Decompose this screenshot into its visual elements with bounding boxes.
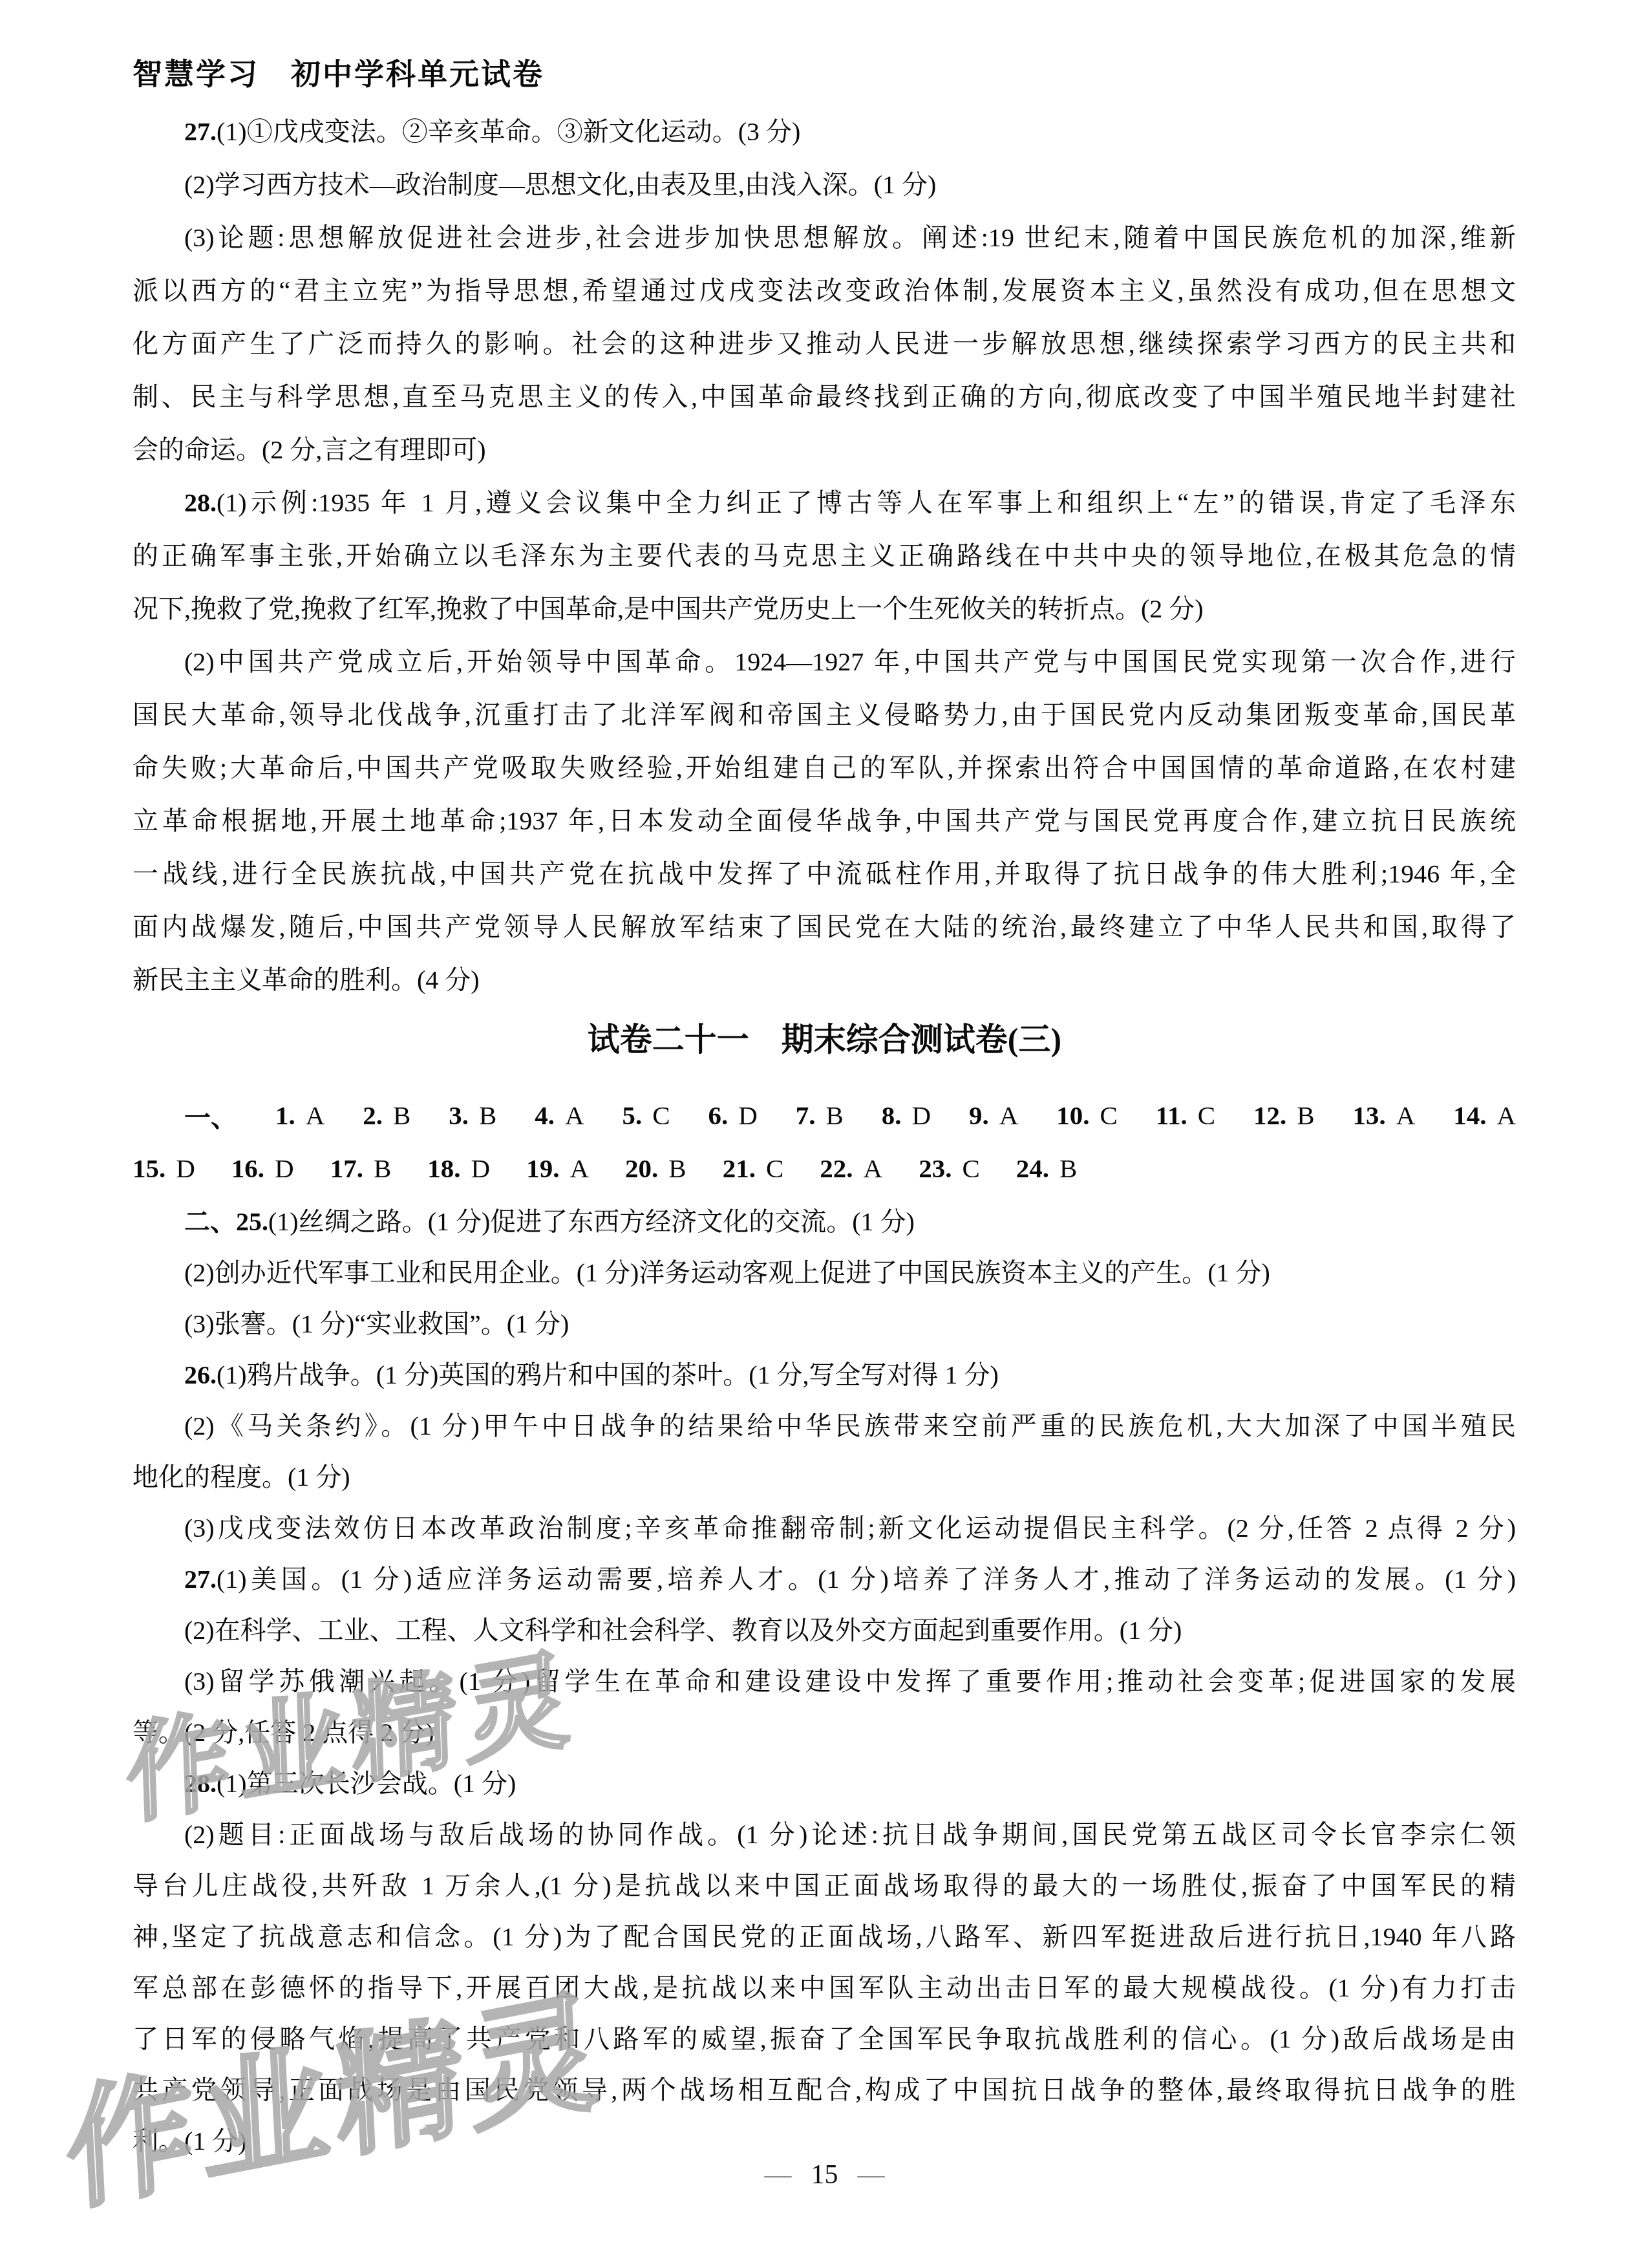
choice-number: 7. bbox=[796, 1100, 816, 1130]
answer-text: 化方面产生了广泛而持久的影响。社会的这种进步又推动人民进一步解放思想,继续探索学… bbox=[133, 329, 1516, 358]
choice-letter: A bbox=[1496, 1100, 1516, 1130]
choice-number: 16. bbox=[231, 1153, 264, 1183]
choice-number: 5. bbox=[622, 1100, 642, 1130]
choice-letter: B bbox=[1059, 1153, 1077, 1183]
choice-answer: 18.D bbox=[427, 1153, 490, 1184]
answer-text: (2)在科学、工业、工程、人文科学和社会科学、教育以及外交方面起到重要作用。(1… bbox=[184, 1616, 1182, 1645]
choice-letter: D bbox=[911, 1100, 931, 1130]
answer-text: 况下,挽救了党,挽救了红军,挽救了中国革命,是中国共产党历史上一个生死攸关的转折… bbox=[133, 594, 1204, 623]
choice-letter: C bbox=[1100, 1100, 1117, 1130]
answer-line: (2)学习西方技术—政治制度—思想文化,由表及里,由浅入深。(1 分) bbox=[133, 158, 1516, 211]
choice-letter: B bbox=[479, 1100, 496, 1130]
answer-line: 一战线,进行全民族抗战,中国共产党在抗战中发挥了中流砥柱作用,并取得了抗日战争的… bbox=[133, 848, 1516, 901]
answer-line: (3)留学苏俄潮兴起。(1 分)留学生在革命和建设建设中发挥了重要作用;推动社会… bbox=[133, 1656, 1516, 1707]
choice-answer: 7.B bbox=[796, 1100, 844, 1131]
answer-line: 况下,挽救了党,挽救了红军,挽救了中国革命,是中国共产党历史上一个生死攸关的转折… bbox=[133, 583, 1516, 636]
answer-text: (1)①戊戌变法。②辛亥革命。③新文化运动。(3 分) bbox=[217, 117, 800, 146]
choice-number: 8. bbox=[882, 1100, 902, 1130]
answer-text: (3)留学苏俄潮兴起。(1 分)留学生在革命和建设建设中发挥了重要作用;推动社会… bbox=[184, 1667, 1516, 1696]
question-number: 27. bbox=[184, 1565, 217, 1594]
choice-number: 24. bbox=[1016, 1153, 1049, 1183]
previous-test-answers: 27.(1)①戊戌变法。②辛亥革命。③新文化运动。(3 分)(2)学习西方技术—… bbox=[133, 105, 1516, 1007]
choice-number: 23. bbox=[919, 1153, 952, 1183]
choice-letter: D bbox=[738, 1100, 758, 1130]
choice-answer: 9.A bbox=[969, 1100, 1018, 1131]
answer-text: (3)论题:思想解放促进社会进步,社会进步加快思想解放。阐述:19 世纪末,随着… bbox=[184, 223, 1516, 252]
choice-number: 22. bbox=[820, 1153, 853, 1183]
answer-text: 了日军的侵略气焰,提高了共产党和八路军的威望,振奋了全国军民争取抗战胜利的信心。… bbox=[133, 2024, 1516, 2053]
answer-line: (3)戊戌变法效仿日本改革政治制度;辛亥革命推翻帝制;新文化运动提倡民主科学。(… bbox=[133, 1503, 1516, 1554]
answer-text: 地化的程度。(1 分) bbox=[133, 1462, 350, 1492]
choice-answer: 15.D bbox=[133, 1153, 195, 1184]
answer-line: 制、民主与科学思想,直至马克思主义的传入,中国革命最终找到正确的方向,彻底改变了… bbox=[133, 370, 1516, 423]
answer-text: 的正确军事主张,开始确立以毛泽东为主要代表的马克思主义正确路线在中共中央的领导地… bbox=[133, 541, 1516, 570]
choice-answer: 1.A bbox=[275, 1100, 324, 1131]
choice-answer: 5.C bbox=[622, 1100, 670, 1131]
answer-line: 面内战爆发,随后,中国共产党领导人民解放军结束了国民党在大陆的统治,最终建立了中… bbox=[133, 901, 1516, 954]
answer-text: (1)丝绸之路。(1 分)促进了东西方经济文化的交流。(1 分) bbox=[268, 1207, 915, 1236]
choice-number: 20. bbox=[625, 1153, 658, 1183]
answer-line: 地化的程度。(1 分) bbox=[133, 1451, 1516, 1503]
choice-answers-row-2: 15.D16.D17.B18.D19.A20.B21.C22.A23.C24.B bbox=[133, 1142, 1516, 1195]
answer-line: 神,坚定了抗战意志和信念。(1 分)为了配合国民党的正面战场,八路军、新四军挺进… bbox=[133, 1911, 1516, 1962]
answer-text: 新民主主义革命的胜利。(4 分) bbox=[133, 965, 480, 994]
choice-number: 3. bbox=[449, 1100, 469, 1130]
answer-line: 导台儿庄战役,共歼敌 1 万余人,(1 分)是抗战以来中国正面战场取得的最大的一… bbox=[133, 1860, 1516, 1911]
answer-line: 27.(1)①戊戌变法。②辛亥革命。③新文化运动。(3 分) bbox=[133, 105, 1516, 158]
answer-line: 26.(1)鸦片战争。(1 分)英国的鸦片和中国的茶叶。(1 分,写全写对得 1… bbox=[133, 1349, 1516, 1400]
choice-letter: B bbox=[393, 1100, 410, 1130]
choice-number: 17. bbox=[330, 1153, 363, 1183]
answer-text: 派以西方的“君主立宪”为指导思想,希望通过戊戌变法改变政治体制,发展资本主义,虽… bbox=[133, 276, 1516, 305]
choice-number: 13. bbox=[1352, 1100, 1385, 1130]
choice-letter: B bbox=[1297, 1100, 1314, 1130]
answer-line: 28.(1)第三次长沙会战。(1 分) bbox=[133, 1758, 1516, 1809]
choice-number: 9. bbox=[969, 1100, 989, 1130]
answer-line: 立革命根据地,开展土地革命;1937 年,日本发动全面侵华战争,中国共产党与国民… bbox=[133, 795, 1516, 848]
answer-text: 面内战爆发,随后,中国共产党领导人民解放军结束了国民党在大陆的统治,最终建立了中… bbox=[133, 912, 1516, 941]
answer-text: 国民大革命,领导北伐战争,沉重打击了北洋军阀和帝国主义侵略势力,由于国民党内反动… bbox=[133, 700, 1516, 729]
answer-line: 命失败;大革命后,中国共产党吸取失败经验,开始组建自己的军队,并探索出符合中国国… bbox=[133, 742, 1516, 795]
answer-line: 的正确军事主张,开始确立以毛泽东为主要代表的马克思主义正确路线在中共中央的领导地… bbox=[133, 530, 1516, 583]
answer-line: 了日军的侵略气焰,提高了共产党和八路军的威望,振奋了全国军民争取抗战胜利的信心。… bbox=[133, 2013, 1516, 2064]
answer-line: (3)张謇。(1 分)“实业救国”。(1 分) bbox=[133, 1298, 1516, 1349]
choice-answer: 8.D bbox=[882, 1100, 931, 1131]
choice-letter: A bbox=[569, 1153, 589, 1183]
page-number: —15— bbox=[0, 2159, 1649, 2190]
choice-letter: A bbox=[864, 1153, 883, 1183]
choice-answer: 23.C bbox=[919, 1153, 980, 1184]
answer-line: 军总部在彭德怀的指导下,开展百团大战,是抗战以来中国军队主动出击日军的最大规模战… bbox=[133, 1962, 1516, 2013]
answer-text: (1)鸦片战争。(1 分)英国的鸦片和中国的茶叶。(1 分,写全写对得 1 分) bbox=[217, 1360, 999, 1389]
choice-answer: 3.B bbox=[449, 1100, 496, 1131]
choice-answer: 21.C bbox=[723, 1153, 784, 1184]
answer-line: 等。(2 分,任答 2 点得 2 分) bbox=[133, 1707, 1516, 1758]
answer-line: 二、25.(1)丝绸之路。(1 分)促进了东西方经济文化的交流。(1 分) bbox=[133, 1196, 1516, 1247]
question-number: 26. bbox=[184, 1360, 217, 1389]
choice-number: 11. bbox=[1156, 1100, 1187, 1130]
choice-answers-row-1: 一、 1.A2.B3.B4.A5.C6.D7.B8.D9.A10.C11.C12… bbox=[133, 1089, 1516, 1142]
choice-letter: B bbox=[374, 1153, 391, 1183]
answer-text: 一战线,进行全民族抗战,中国共产党在抗战中发挥了中流砥柱作用,并取得了抗日战争的… bbox=[133, 859, 1516, 888]
choice-letter: A bbox=[306, 1100, 325, 1130]
current-test-answers: 二、25.(1)丝绸之路。(1 分)促进了东西方经济文化的交流。(1 分)(2)… bbox=[133, 1196, 1516, 2166]
answer-text: (2)《马关条约》。(1 分)甲午中日战争的结果给中华民族带来空前严重的民族危机… bbox=[184, 1411, 1516, 1440]
answer-text: 共产党领导,正面战场是由国民党领导,两个战场相互配合,构成了中国抗日战争的整体,… bbox=[133, 2075, 1516, 2104]
choice-answer: 4.A bbox=[535, 1100, 584, 1131]
answer-line: (2)中国共产党成立后,开始领导中国革命。1924—1927 年,中国共产党与中… bbox=[133, 636, 1516, 689]
choice-number: 10. bbox=[1056, 1100, 1089, 1130]
choice-answer: 24.B bbox=[1016, 1153, 1078, 1184]
choice-number: 4. bbox=[535, 1100, 555, 1130]
answer-line: 国民大革命,领导北伐战争,沉重打击了北洋军阀和帝国主义侵略势力,由于国民党内反动… bbox=[133, 689, 1516, 742]
choice-letter: C bbox=[962, 1153, 979, 1183]
choice-letter: C bbox=[652, 1100, 670, 1130]
choice-number: 18. bbox=[427, 1153, 460, 1183]
answer-line: 会的命运。(2 分,言之有理即可) bbox=[133, 423, 1516, 476]
answer-text: 等。(2 分,任答 2 点得 2 分) bbox=[133, 1718, 434, 1747]
choice-answer: 12.B bbox=[1253, 1100, 1315, 1131]
book-header: 智慧学习 初中学科单元试卷 bbox=[133, 50, 544, 93]
choice-number: 21. bbox=[723, 1153, 756, 1183]
question-number: 28. bbox=[184, 488, 217, 517]
answer-text: (1)示例:1935 年 1 月,遵义会议集中全力纠正了博古等人在军事上和组织上… bbox=[217, 488, 1516, 517]
answer-text: (2)创办近代军事工业和民用企业。(1 分)洋务运动客观上促进了中国民族资本主义… bbox=[184, 1258, 1270, 1287]
answer-text: (2)题目:正面战场与敌后战场的协同作战。(1 分)论述:抗日战争期间,国民党第… bbox=[184, 1820, 1516, 1849]
choice-answer: 13.A bbox=[1352, 1100, 1415, 1131]
test-title: 试卷二十一 期末综合测试卷(三) bbox=[0, 1011, 1649, 1069]
page-number-left-dash: — bbox=[765, 2160, 792, 2190]
choice-letter: A bbox=[999, 1100, 1019, 1130]
answer-line: 新民主主义革命的胜利。(4 分) bbox=[133, 954, 1516, 1007]
answer-text: 导台儿庄战役,共歼敌 1 万余人,(1 分)是抗战以来中国正面战场取得的最大的一… bbox=[133, 1871, 1516, 1900]
choice-number: 2. bbox=[363, 1100, 383, 1130]
choice-answer: 14.A bbox=[1453, 1100, 1516, 1131]
page-number-right-dash: — bbox=[858, 2160, 885, 2190]
answer-line: (2)创办近代军事工业和民用企业。(1 分)洋务运动客观上促进了中国民族资本主义… bbox=[133, 1247, 1516, 1298]
choice-letter: A bbox=[1396, 1100, 1416, 1130]
choice-answer: 17.B bbox=[330, 1153, 392, 1184]
choice-letter: D bbox=[176, 1153, 195, 1183]
choice-answer: 19.A bbox=[526, 1153, 589, 1184]
choice-answer: 11.C bbox=[1156, 1100, 1215, 1131]
choice-letter: A bbox=[565, 1100, 584, 1130]
answer-text: 制、民主与科学思想,直至马克思主义的传入,中国革命最终找到正确的方向,彻底改变了… bbox=[133, 382, 1516, 411]
question-number: 二、25. bbox=[184, 1207, 268, 1236]
answer-text: 利。(1 分) bbox=[133, 2126, 247, 2156]
answer-text: 神,坚定了抗战意志和信念。(1 分)为了配合国民党的正面战场,八路军、新四军挺进… bbox=[133, 1922, 1516, 1951]
choice-letter: C bbox=[1198, 1100, 1215, 1130]
choice-letter: B bbox=[668, 1153, 686, 1183]
choice-number: 15. bbox=[133, 1153, 165, 1183]
choice-letter: C bbox=[766, 1153, 783, 1183]
choice-letter: D bbox=[275, 1153, 294, 1183]
answer-text: 立革命根据地,开展土地革命;1937 年,日本发动全面侵华战争,中国共产党与国民… bbox=[133, 806, 1516, 835]
choice-answer: 10.C bbox=[1056, 1100, 1118, 1131]
answer-text: (1)美国。(1 分)适应洋务运动需要,培养人才。(1 分)培养了洋务人才,推动… bbox=[217, 1565, 1516, 1594]
answer-line: 派以西方的“君主立宪”为指导思想,希望通过戊戌变法改变政治体制,发展资本主义,虽… bbox=[133, 264, 1516, 317]
answer-text: (2)学习西方技术—政治制度—思想文化,由表及里,由浅入深。(1 分) bbox=[184, 170, 936, 199]
answer-text: 会的命运。(2 分,言之有理即可) bbox=[133, 435, 486, 464]
answer-text: (3)张謇。(1 分)“实业救国”。(1 分) bbox=[184, 1309, 569, 1338]
answer-text: (1)第三次长沙会战。(1 分) bbox=[217, 1769, 516, 1798]
choice-number: 19. bbox=[526, 1153, 559, 1183]
section-one-label: 一、 bbox=[184, 1097, 237, 1135]
choice-letter: D bbox=[471, 1153, 491, 1183]
choice-number: 1. bbox=[275, 1100, 295, 1130]
answer-line: (2)在科学、工业、工程、人文科学和社会科学、教育以及外交方面起到重要作用。(1… bbox=[133, 1605, 1516, 1656]
answer-line: (2)题目:正面战场与敌后战场的协同作战。(1 分)论述:抗日战争期间,国民党第… bbox=[133, 1809, 1516, 1860]
choice-answer: 16.D bbox=[231, 1153, 294, 1184]
answer-text: 军总部在彭德怀的指导下,开展百团大战,是抗战以来中国军队主动出击日军的最大规模战… bbox=[133, 1973, 1516, 2002]
question-number: 28. bbox=[184, 1769, 217, 1798]
choice-number: 6. bbox=[708, 1100, 728, 1130]
answer-line: 共产党领导,正面战场是由国民党领导,两个战场相互配合,构成了中国抗日战争的整体,… bbox=[133, 2064, 1516, 2115]
answer-line: 化方面产生了广泛而持久的影响。社会的这种进步又推动人民进一步解放思想,继续探索学… bbox=[133, 317, 1516, 370]
answer-text: 命失败;大革命后,中国共产党吸取失败经验,开始组建自己的军队,并探索出符合中国国… bbox=[133, 753, 1516, 782]
answer-text: (2)中国共产党成立后,开始领导中国革命。1924—1927 年,中国共产党与中… bbox=[184, 647, 1516, 676]
choice-answer: 6.D bbox=[708, 1100, 757, 1131]
choice-answer: 2.B bbox=[363, 1100, 410, 1131]
answer-line: 27.(1)美国。(1 分)适应洋务运动需要,培养人才。(1 分)培养了洋务人才… bbox=[133, 1554, 1516, 1605]
question-number: 27. bbox=[184, 117, 217, 146]
page-number-value: 15 bbox=[811, 2160, 838, 2190]
choice-number: 12. bbox=[1253, 1100, 1286, 1130]
choice-answer: 22.A bbox=[820, 1153, 882, 1184]
answer-line: (3)论题:思想解放促进社会进步,社会进步加快思想解放。阐述:19 世纪末,随着… bbox=[133, 211, 1516, 264]
answer-text: (3)戊戌变法效仿日本改革政治制度;辛亥革命推翻帝制;新文化运动提倡民主科学。(… bbox=[184, 1514, 1516, 1543]
answer-line: 28.(1)示例:1935 年 1 月,遵义会议集中全力纠正了博古等人在军事上和… bbox=[133, 476, 1516, 530]
choice-number: 14. bbox=[1453, 1100, 1486, 1130]
choice-letter: B bbox=[825, 1100, 843, 1130]
choice-answer: 20.B bbox=[625, 1153, 686, 1184]
answer-line: (2)《马关条约》。(1 分)甲午中日战争的结果给中华民族带来空前严重的民族危机… bbox=[133, 1400, 1516, 1451]
